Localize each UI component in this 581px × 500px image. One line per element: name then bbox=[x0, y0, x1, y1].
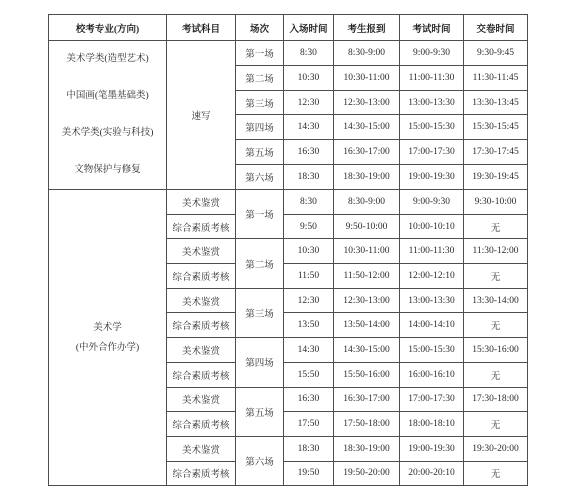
cell-exam-time: 13:00-13:30 bbox=[400, 90, 464, 115]
cell-session: 第二场 bbox=[236, 239, 284, 288]
major-line: (中外合作办学) bbox=[50, 338, 165, 358]
cell-entry-time: 13:50 bbox=[284, 313, 334, 338]
header-subject: 考试科目 bbox=[167, 15, 236, 41]
cell-entry-time: 10:30 bbox=[284, 239, 334, 264]
cell-checkin: 18:30-19:00 bbox=[334, 436, 400, 461]
cell-subject: 综合素质考核 bbox=[167, 214, 236, 239]
cell-checkin: 10:30-11:00 bbox=[334, 239, 400, 264]
header-submit-time: 交卷时间 bbox=[464, 15, 528, 41]
cell-submit-time: 15:30-16:00 bbox=[464, 338, 528, 363]
cell-subject: 美术鉴赏 bbox=[167, 239, 236, 264]
cell-submit-time: 无 bbox=[464, 264, 528, 289]
cell-exam-time: 13:00-13:30 bbox=[400, 288, 464, 313]
cell-exam-time: 12:00-12:10 bbox=[400, 264, 464, 289]
cell-submit-time: 无 bbox=[464, 461, 528, 486]
cell-submit-time: 9:30-10:00 bbox=[464, 190, 528, 215]
cell-exam-time: 11:00-11:30 bbox=[400, 239, 464, 264]
cell-entry-time: 16:30 bbox=[284, 140, 334, 165]
cell-entry-time: 12:30 bbox=[284, 288, 334, 313]
header-major: 校考专业(方向) bbox=[49, 15, 167, 41]
table-row: 美术学 (中外合作办学) 美术鉴赏 第一场 8:30 8:30-9:00 9:0… bbox=[49, 190, 528, 215]
cell-submit-time: 11:30-11:45 bbox=[464, 65, 528, 90]
header-checkin: 考生报到 bbox=[334, 15, 400, 41]
cell-subject: 美术鉴赏 bbox=[167, 190, 236, 215]
cell-exam-time: 15:00-15:30 bbox=[400, 115, 464, 140]
cell-exam-time: 9:00-9:30 bbox=[400, 190, 464, 215]
cell-submit-time: 19:30-20:00 bbox=[464, 436, 528, 461]
cell-entry-time: 10:30 bbox=[284, 65, 334, 90]
cell-checkin: 8:30-9:00 bbox=[334, 190, 400, 215]
major-line: 中国画(笔墨基础类) bbox=[50, 78, 165, 115]
cell-checkin: 10:30-11:00 bbox=[334, 65, 400, 90]
cell-session: 第三场 bbox=[236, 288, 284, 337]
cell-submit-time: 无 bbox=[464, 412, 528, 437]
header-entry-time: 入场时间 bbox=[284, 15, 334, 41]
cell-checkin: 12:30-13:00 bbox=[334, 288, 400, 313]
cell-exam-time: 16:00-16:10 bbox=[400, 362, 464, 387]
cell-submit-time: 无 bbox=[464, 362, 528, 387]
header-exam-time: 考试时间 bbox=[400, 15, 464, 41]
cell-subject: 美术鉴赏 bbox=[167, 288, 236, 313]
cell-subject: 综合素质考核 bbox=[167, 461, 236, 486]
cell-checkin: 15:50-16:00 bbox=[334, 362, 400, 387]
cell-submit-time: 无 bbox=[464, 313, 528, 338]
cell-submit-time: 11:30-12:00 bbox=[464, 239, 528, 264]
cell-session: 第五场 bbox=[236, 387, 284, 436]
cell-subject: 美术鉴赏 bbox=[167, 387, 236, 412]
cell-entry-time: 14:30 bbox=[284, 338, 334, 363]
cell-checkin: 14:30-15:00 bbox=[334, 115, 400, 140]
cell-session: 第六场 bbox=[236, 436, 284, 485]
exam-schedule-table: 校考专业(方向) 考试科目 场次 入场时间 考生报到 考试时间 交卷时间 美术学… bbox=[48, 14, 528, 486]
cell-exam-time: 17:00-17:30 bbox=[400, 140, 464, 165]
cell-major-group2: 美术学 (中外合作办学) bbox=[49, 190, 167, 486]
cell-subject: 速写 bbox=[167, 41, 236, 190]
exam-schedule: 校考专业(方向) 考试科目 场次 入场时间 考生报到 考试时间 交卷时间 美术学… bbox=[48, 14, 528, 486]
header-session: 场次 bbox=[236, 15, 284, 41]
cell-entry-time: 16:30 bbox=[284, 387, 334, 412]
header-row: 校考专业(方向) 考试科目 场次 入场时间 考生报到 考试时间 交卷时间 bbox=[49, 15, 528, 41]
cell-submit-time: 9:30-9:45 bbox=[464, 41, 528, 66]
cell-checkin: 13:50-14:00 bbox=[334, 313, 400, 338]
cell-submit-time: 无 bbox=[464, 214, 528, 239]
cell-subject: 美术鉴赏 bbox=[167, 338, 236, 363]
cell-entry-time: 15:50 bbox=[284, 362, 334, 387]
cell-entry-time: 12:30 bbox=[284, 90, 334, 115]
table-row: 美术学类(造型艺术) 中国画(笔墨基础类) 美术学类(实验与科技) 文物保护与修… bbox=[49, 41, 528, 66]
cell-exam-time: 9:00-9:30 bbox=[400, 41, 464, 66]
cell-session: 第四场 bbox=[236, 338, 284, 387]
cell-session: 第六场 bbox=[236, 165, 284, 190]
cell-exam-time: 10:00-10:10 bbox=[400, 214, 464, 239]
cell-subject: 综合素质考核 bbox=[167, 264, 236, 289]
cell-subject: 美术鉴赏 bbox=[167, 436, 236, 461]
cell-exam-time: 20:00-20:10 bbox=[400, 461, 464, 486]
cell-submit-time: 19:30-19:45 bbox=[464, 165, 528, 190]
cell-entry-time: 18:30 bbox=[284, 165, 334, 190]
cell-entry-time: 8:30 bbox=[284, 190, 334, 215]
major-line: 美术学 bbox=[50, 318, 165, 338]
cell-checkin: 18:30-19:00 bbox=[334, 165, 400, 190]
cell-checkin: 12:30-13:00 bbox=[334, 90, 400, 115]
cell-subject: 综合素质考核 bbox=[167, 313, 236, 338]
cell-session: 第四场 bbox=[236, 115, 284, 140]
cell-subject: 综合素质考核 bbox=[167, 362, 236, 387]
cell-subject: 综合素质考核 bbox=[167, 412, 236, 437]
cell-checkin: 9:50-10:00 bbox=[334, 214, 400, 239]
cell-checkin: 19:50-20:00 bbox=[334, 461, 400, 486]
cell-session: 第三场 bbox=[236, 90, 284, 115]
major-line: 文物保护与修复 bbox=[50, 152, 165, 189]
cell-major-group1: 美术学类(造型艺术) 中国画(笔墨基础类) 美术学类(实验与科技) 文物保护与修… bbox=[49, 41, 167, 190]
cell-entry-time: 9:50 bbox=[284, 214, 334, 239]
cell-entry-time: 8:30 bbox=[284, 41, 334, 66]
cell-exam-time: 18:00-18:10 bbox=[400, 412, 464, 437]
cell-entry-time: 17:50 bbox=[284, 412, 334, 437]
cell-session: 第五场 bbox=[236, 140, 284, 165]
cell-submit-time: 13:30-13:45 bbox=[464, 90, 528, 115]
cell-checkin: 16:30-17:00 bbox=[334, 387, 400, 412]
cell-exam-time: 14:00-14:10 bbox=[400, 313, 464, 338]
major-line: 美术学类(造型艺术) bbox=[50, 41, 165, 78]
cell-exam-time: 19:00-19:30 bbox=[400, 165, 464, 190]
cell-exam-time: 19:00-19:30 bbox=[400, 436, 464, 461]
cell-session: 第二场 bbox=[236, 65, 284, 90]
cell-exam-time: 11:00-11:30 bbox=[400, 65, 464, 90]
cell-submit-time: 17:30-18:00 bbox=[464, 387, 528, 412]
cell-session: 第一场 bbox=[236, 190, 284, 239]
cell-entry-time: 18:30 bbox=[284, 436, 334, 461]
cell-session: 第一场 bbox=[236, 41, 284, 66]
major-line: 美术学类(实验与科技) bbox=[50, 115, 165, 152]
cell-checkin: 8:30-9:00 bbox=[334, 41, 400, 66]
cell-exam-time: 15:00-15:30 bbox=[400, 338, 464, 363]
cell-entry-time: 19:50 bbox=[284, 461, 334, 486]
cell-checkin: 17:50-18:00 bbox=[334, 412, 400, 437]
cell-submit-time: 15:30-15:45 bbox=[464, 115, 528, 140]
cell-entry-time: 11:50 bbox=[284, 264, 334, 289]
cell-checkin: 16:30-17:00 bbox=[334, 140, 400, 165]
cell-submit-time: 13:30-14:00 bbox=[464, 288, 528, 313]
cell-exam-time: 17:00-17:30 bbox=[400, 387, 464, 412]
cell-checkin: 14:30-15:00 bbox=[334, 338, 400, 363]
cell-entry-time: 14:30 bbox=[284, 115, 334, 140]
cell-checkin: 11:50-12:00 bbox=[334, 264, 400, 289]
cell-submit-time: 17:30-17:45 bbox=[464, 140, 528, 165]
